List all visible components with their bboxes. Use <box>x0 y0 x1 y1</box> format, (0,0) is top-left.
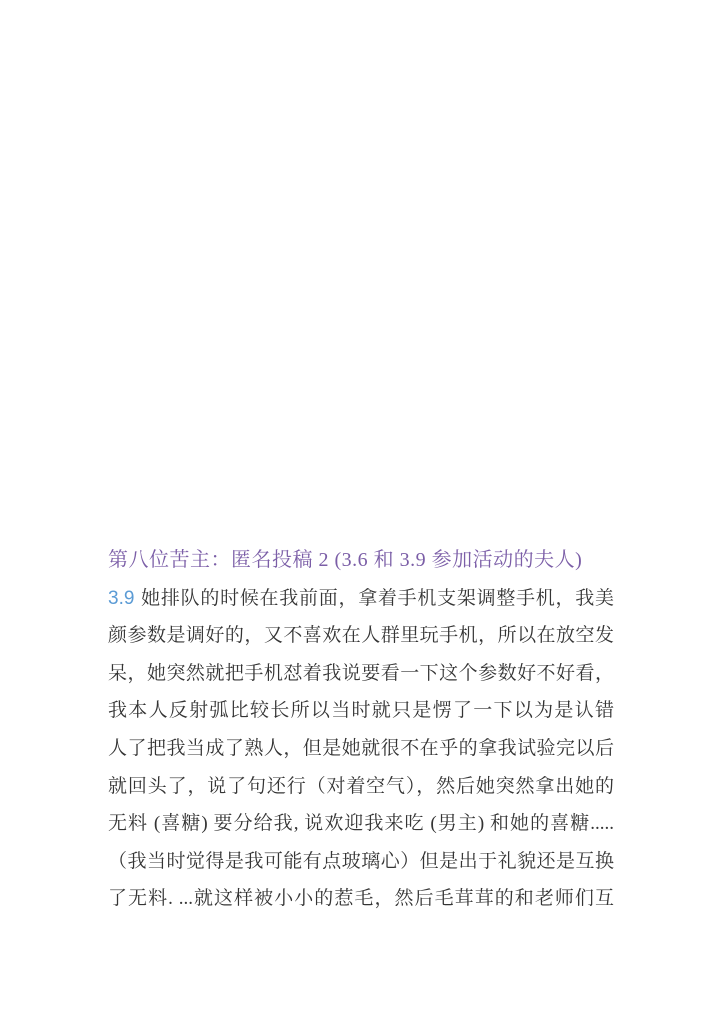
document-page: 第八位苦主：匿名投稿 2 (3.6 和 3.9 参加活动的夫人) 3.9她排队的… <box>0 0 724 1024</box>
paragraph-line-text: 她排队的时候在我前面，拿着手机支架调整手机，我美 <box>140 588 614 609</box>
section-heading: 第八位苦主：匿名投稿 2 (3.6 和 3.9 参加活动的夫人) <box>108 542 614 580</box>
paragraph-line: 就回头了，说了句还行（对着空气），然后她突然拿出她的 <box>108 768 614 806</box>
text-block: 第八位苦主：匿名投稿 2 (3.6 和 3.9 参加活动的夫人) 3.9她排队的… <box>108 542 614 918</box>
paragraph-line: 人了把我当成了熟人，但是她就很不在乎的拿我试验完以后 <box>108 730 614 768</box>
paragraph-line: 颜参数是调好的，又不喜欢在人群里玩手机，所以在放空发 <box>108 617 614 655</box>
paragraph-line: 无料 (喜糖) 要分给我, 说欢迎我来吃 (男主) 和她的喜糖..... <box>108 805 614 843</box>
paragraph-line: 呆，她突然就把手机怼着我说要看一下这个参数好不好看， <box>108 655 614 693</box>
paragraph-line: （我当时觉得是我可能有点玻璃心）但是出于礼貌还是互换 <box>108 843 614 881</box>
paragraph-line: 3.9她排队的时候在我前面，拿着手机支架调整手机，我美 <box>108 580 614 618</box>
paragraph-line: 了无料. ...就这样被小小的惹毛，然后毛茸茸的和老师们互 <box>108 880 614 918</box>
date-number: 3.9 <box>108 588 140 609</box>
paragraph-line: 我本人反射弧比较长所以当时就只是愣了一下以为是认错 <box>108 692 614 730</box>
